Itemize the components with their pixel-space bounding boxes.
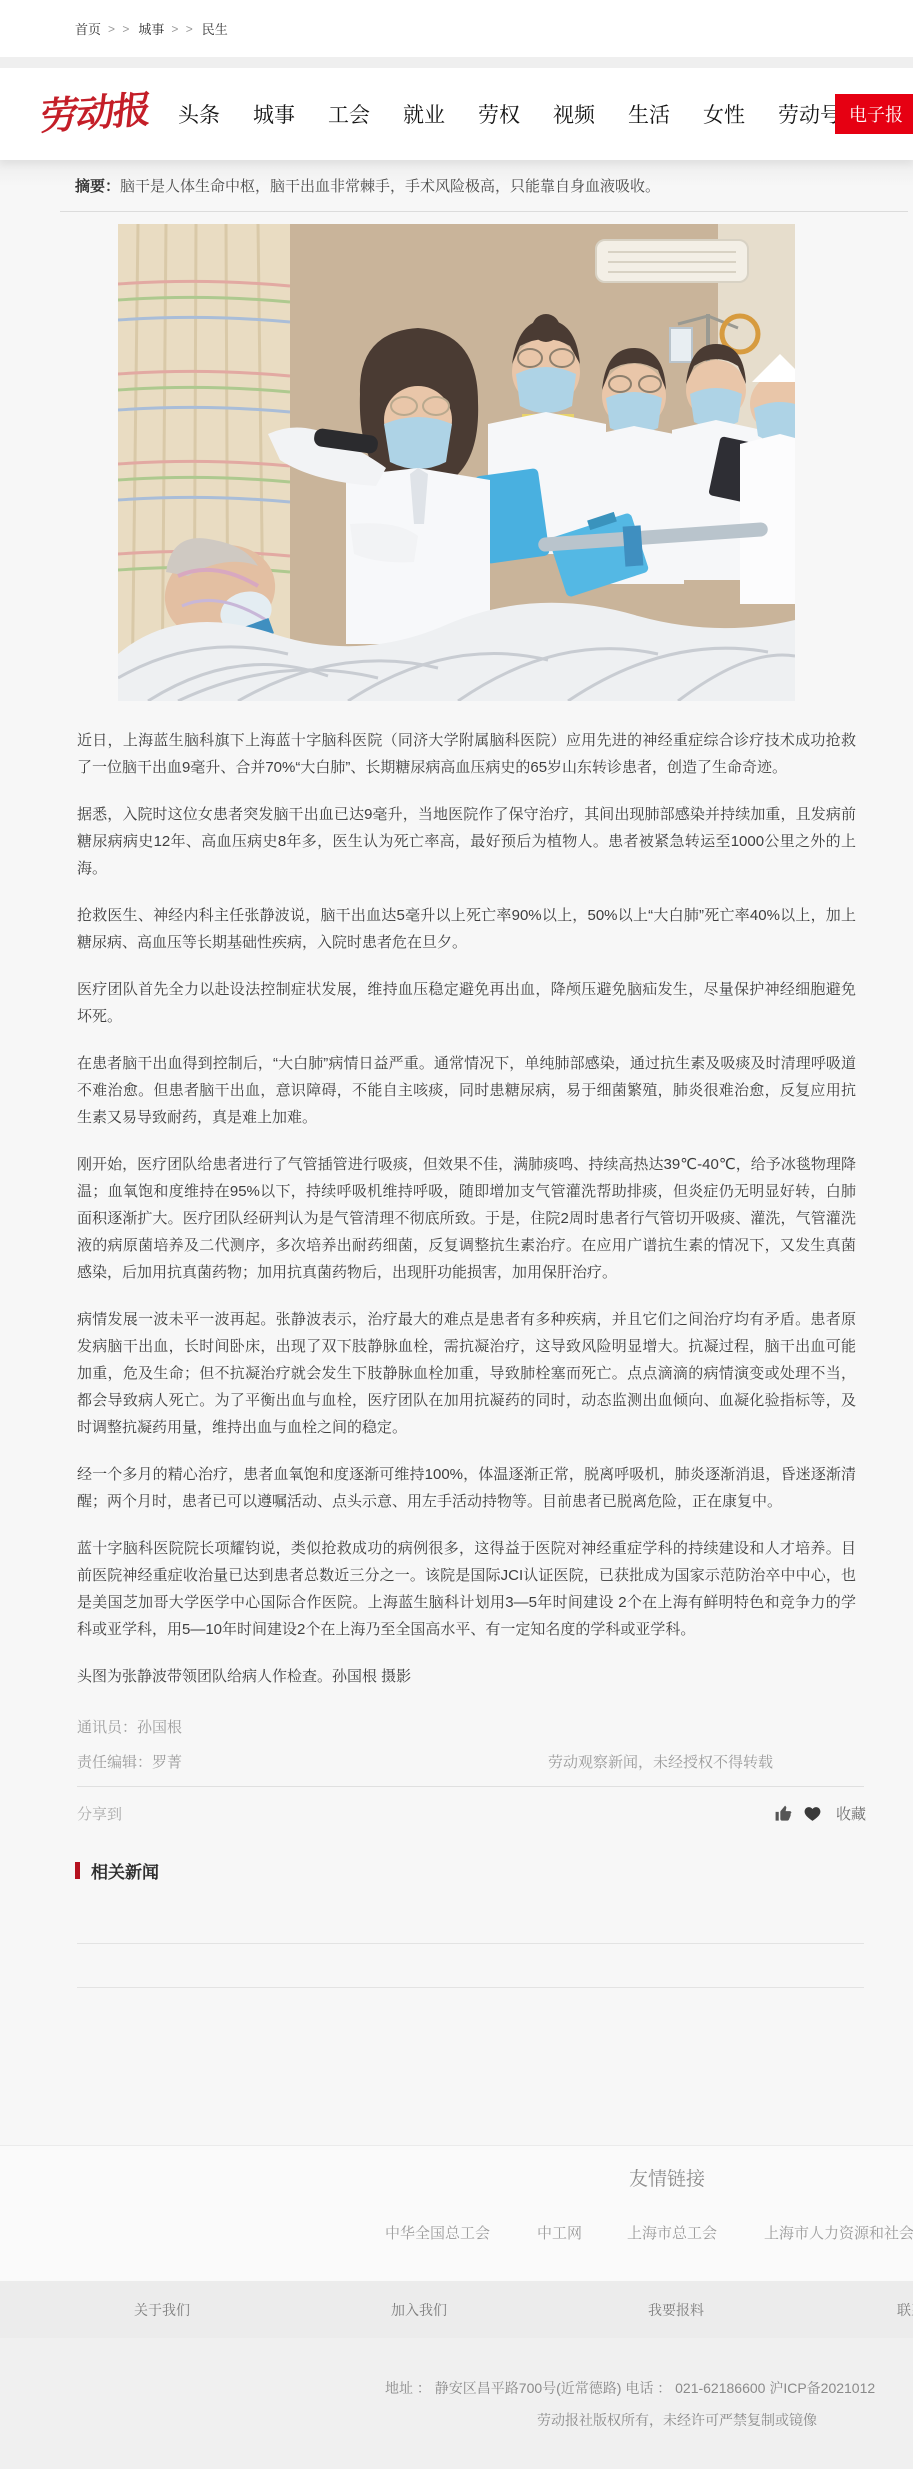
nav-item-laborrights[interactable]: 劳权 [478, 99, 520, 129]
footer-join-link[interactable]: 加入我们 [391, 2300, 447, 2320]
responsible-editor: 责任编辑：罗菁 [77, 1751, 182, 1772]
article-content-area: 摘要：脑干是人体生命中枢，脑干出血非常棘手，手术风险极高，只能靠自身血液吸收。 [0, 160, 913, 1988]
summary-text: 脑干是人体生命中枢，脑干出血非常棘手，手术风险极高，只能靠自身血液吸收。 [120, 178, 660, 195]
article-paragraph: 抢救医生、神经内科主任张静波说，脑干出血达5毫升以上死亡率90%以上，50%以上… [77, 902, 856, 956]
article-paragraph: 刚开始，医疗团队给患者进行了气管插管进行吸痰，但效果不佳，满肺痰鸣、持续高热达3… [77, 1151, 856, 1286]
correspondent-row: 通讯员：孙国根 [77, 1716, 913, 1737]
related-item-divider [77, 1943, 864, 1944]
epaper-button[interactable]: 电子报 [835, 94, 913, 134]
hospital-ward-photo-illustration [118, 224, 795, 701]
nav-item-union[interactable]: 工会 [328, 99, 370, 129]
correspondent: 通讯员：孙国根 [77, 1716, 182, 1737]
friend-links-section: 友情链接 中华全国总工会 中工网 上海市总工会 上海市人力资源和社会保障局 [0, 2145, 913, 2281]
site-header: 劳动报 头条 城事 工会 就业 劳权 视频 生活 女性 劳动号 电子报 [0, 68, 913, 160]
nav-item-laodonghao[interactable]: 劳动号 [778, 99, 841, 129]
article-summary: 摘要：脑干是人体生命中枢，脑干出血非常棘手，手术风险极高，只能靠自身血液吸收。 [0, 176, 913, 198]
footer-bottom: 地址 ： 静安区昌平路700号(近常德路) 电话 ： 021-62186600 … [0, 2338, 913, 2469]
footer-link-bar: 关于我们 加入我们 我要报料 联系我们 [0, 2281, 913, 2338]
breadcrumb-home[interactable]: 首页 [75, 19, 101, 38]
friend-link-acftu[interactable]: 中华全国总工会 [385, 2222, 490, 2243]
article-body: 近日，上海蓝生脑科旗下上海蓝十字脑科医院（同济大学附属脑科医院）应用先进的神经重… [0, 701, 913, 1690]
divider-strip [0, 57, 913, 68]
article-meta: 通讯员：孙国根 责任编辑：罗菁 劳动观察新闻，未经授权不得转载 [0, 1710, 913, 1772]
footer-copyright: 劳动报社版权所有，未经许可严禁复制或镜像 [537, 2410, 817, 2430]
nav-item-headlines[interactable]: 头条 [178, 99, 220, 129]
breadcrumb-bar: 首页 > > 城事 > > 民生 [0, 0, 913, 57]
footer-about-link[interactable]: 关于我们 [134, 2300, 190, 2320]
article-photo [118, 224, 795, 701]
copyright-note: 劳动观察新闻，未经授权不得转载 [548, 1751, 773, 1772]
related-news-title: 相关新闻 [91, 1858, 159, 1883]
main-nav: 头条 城事 工会 就业 劳权 视频 生活 女性 劳动号 [178, 99, 841, 129]
nav-item-life[interactable]: 生活 [628, 99, 670, 129]
heart-icon[interactable] [803, 1804, 822, 1823]
article-paragraph: 在患者脑干出血得到控制后，“大白肺”病情日益严重。通常情况下，单纯肺部感染，通过… [77, 1050, 856, 1131]
friend-links-title: 友情链接 [629, 2164, 705, 2191]
footer-address: 地址 ： 静安区昌平路700号(近常德路) 电话 ： 021-62186600 … [385, 2378, 875, 2398]
breadcrumb-current[interactable]: 民生 [202, 19, 228, 38]
article-paragraph: 据悉，入院时这位女患者突发脑干出血已达9毫升，当地医院作了保守治疗，其间出现肺部… [77, 801, 856, 882]
nav-item-women[interactable]: 女性 [703, 99, 745, 129]
site-footer: 友情链接 中华全国总工会 中工网 上海市总工会 上海市人力资源和社会保障局 关于… [0, 2145, 913, 2469]
laodongbao-logo[interactable]: 劳动报 [32, 78, 158, 148]
share-label: 分享到 [77, 1803, 122, 1824]
article-paragraph: 近日，上海蓝生脑科旗下上海蓝十字脑科医院（同济大学附属脑科医院）应用先进的神经重… [77, 727, 856, 781]
friend-link-workercn[interactable]: 中工网 [537, 2222, 582, 2243]
summary-label: 摘要： [75, 178, 120, 195]
share-actions: 收藏 [774, 1803, 866, 1824]
share-row: 分享到 收藏 [0, 1787, 913, 1824]
breadcrumb-separator: > > [108, 22, 131, 36]
nav-item-city[interactable]: 城事 [253, 99, 295, 129]
section-accent-bar [75, 1862, 80, 1879]
article-paragraph: 医疗团队首先全力以赴设法控制症状发展，维持血压稳定避免再出血，降颅压避免脑疝发生… [77, 976, 856, 1030]
summary-divider [60, 211, 908, 212]
breadcrumb-separator: > > [171, 22, 194, 36]
collect-label[interactable]: 收藏 [836, 1803, 866, 1824]
breadcrumb-section[interactable]: 城事 [138, 19, 164, 38]
friend-link-shanghai-union[interactable]: 上海市总工会 [627, 2222, 717, 2243]
news-article-page: { "breadcrumb": { "items": ["首页", "城事", … [0, 0, 913, 2469]
thumbs-up-icon[interactable] [774, 1804, 793, 1823]
footer-tipoff-link[interactable]: 我要报料 [648, 2300, 704, 2320]
nav-item-video[interactable]: 视频 [553, 99, 595, 129]
article-paragraph: 经一个多月的精心治疗，患者血氧饱和度逐渐可维持100%，体温逐渐正常，脱离呼吸机… [77, 1461, 856, 1515]
related-item-divider [77, 1987, 864, 1988]
article-paragraph: 蓝十字脑科医院院长项耀钧说，类似抢救成功的病例很多，这得益于医院对神经重症学科的… [77, 1535, 856, 1643]
editor-row: 责任编辑：罗菁 劳动观察新闻，未经授权不得转载 [77, 1751, 913, 1772]
related-news-section: 相关新闻 [0, 1858, 913, 1988]
nav-item-jobs[interactable]: 就业 [403, 99, 445, 129]
friend-link-shanghai-hr[interactable]: 上海市人力资源和社会保障局 [764, 2222, 913, 2243]
footer-contact-link[interactable]: 联系我们 [897, 2300, 913, 2320]
article-paragraph: 病情发展一波未平一波再起。张静波表示，治疗最大的难点是患者有多种疾病，并且它们之… [77, 1306, 856, 1441]
related-news-header: 相关新闻 [0, 1858, 913, 1883]
article-photo-caption: 头图为张静波带领团队给病人作检查。孙国根 摄影 [77, 1663, 856, 1690]
